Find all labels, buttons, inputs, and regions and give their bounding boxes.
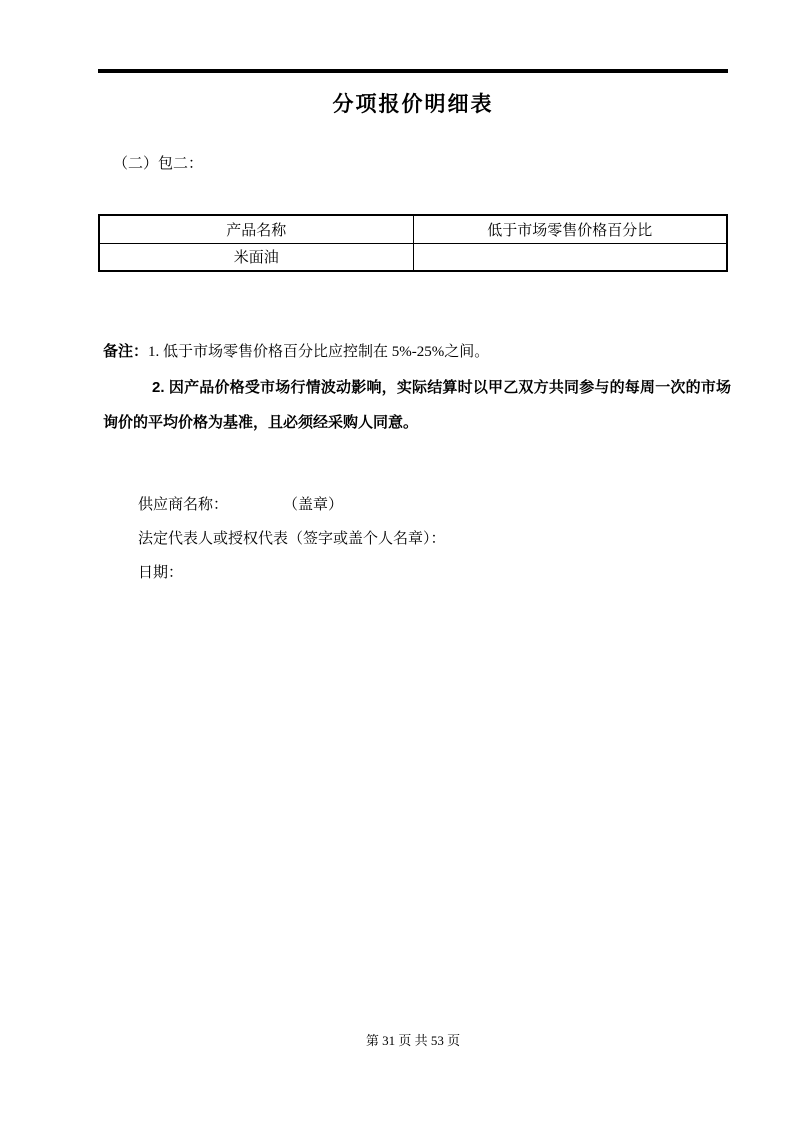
date-line: 日期： — [138, 556, 446, 590]
header-rule — [98, 69, 728, 73]
note-item-1: 备注：1. 低于市场零售价格百分比应控制在 5%-25%之间。 — [103, 334, 731, 370]
notes-label: 备注： — [103, 343, 148, 360]
note-item-1-text: 1. 低于市场零售价格百分比应控制在 5%-25%之间。 — [148, 344, 489, 360]
note-item-2: 2. 因产品价格受市场行情波动影响，实际结算时以甲乙双方共同参与的每周一次的市场… — [103, 370, 731, 440]
table-header-row: 产品名称 低于市场零售价格百分比 — [99, 215, 727, 243]
notes-block: 备注：1. 低于市场零售价格百分比应控制在 5%-25%之间。 2. 因产品价格… — [103, 334, 731, 440]
table-cell-product-name: 米面油 — [99, 243, 413, 271]
signature-block: 供应商名称：（盖章） 法定代表人或授权代表（签字或盖个人名章）： 日期： — [138, 488, 446, 590]
page-title: 分项报价明细表 — [98, 88, 728, 118]
representative-line: 法定代表人或授权代表（签字或盖个人名章）： — [138, 522, 446, 556]
table-header-discount-percentage: 低于市场零售价格百分比 — [413, 215, 727, 243]
table-header-product-name: 产品名称 — [99, 215, 413, 243]
supplier-name-line: 供应商名称：（盖章） — [138, 488, 446, 522]
table-row: 米面油 — [99, 243, 727, 271]
section-label: （二）包二： — [113, 152, 203, 173]
supplier-name-label: 供应商名称： — [138, 497, 228, 513]
page-footer: 第 31 页 共 53 页 — [98, 1030, 728, 1049]
quotation-table: 产品名称 低于市场零售价格百分比 米面油 — [98, 214, 728, 272]
seal-label: （盖章） — [283, 488, 343, 522]
document-page: 分项报价明细表 （二）包二： 产品名称 低于市场零售价格百分比 米面油 备注：1… — [0, 0, 793, 1122]
table-cell-discount-percentage — [413, 243, 727, 271]
